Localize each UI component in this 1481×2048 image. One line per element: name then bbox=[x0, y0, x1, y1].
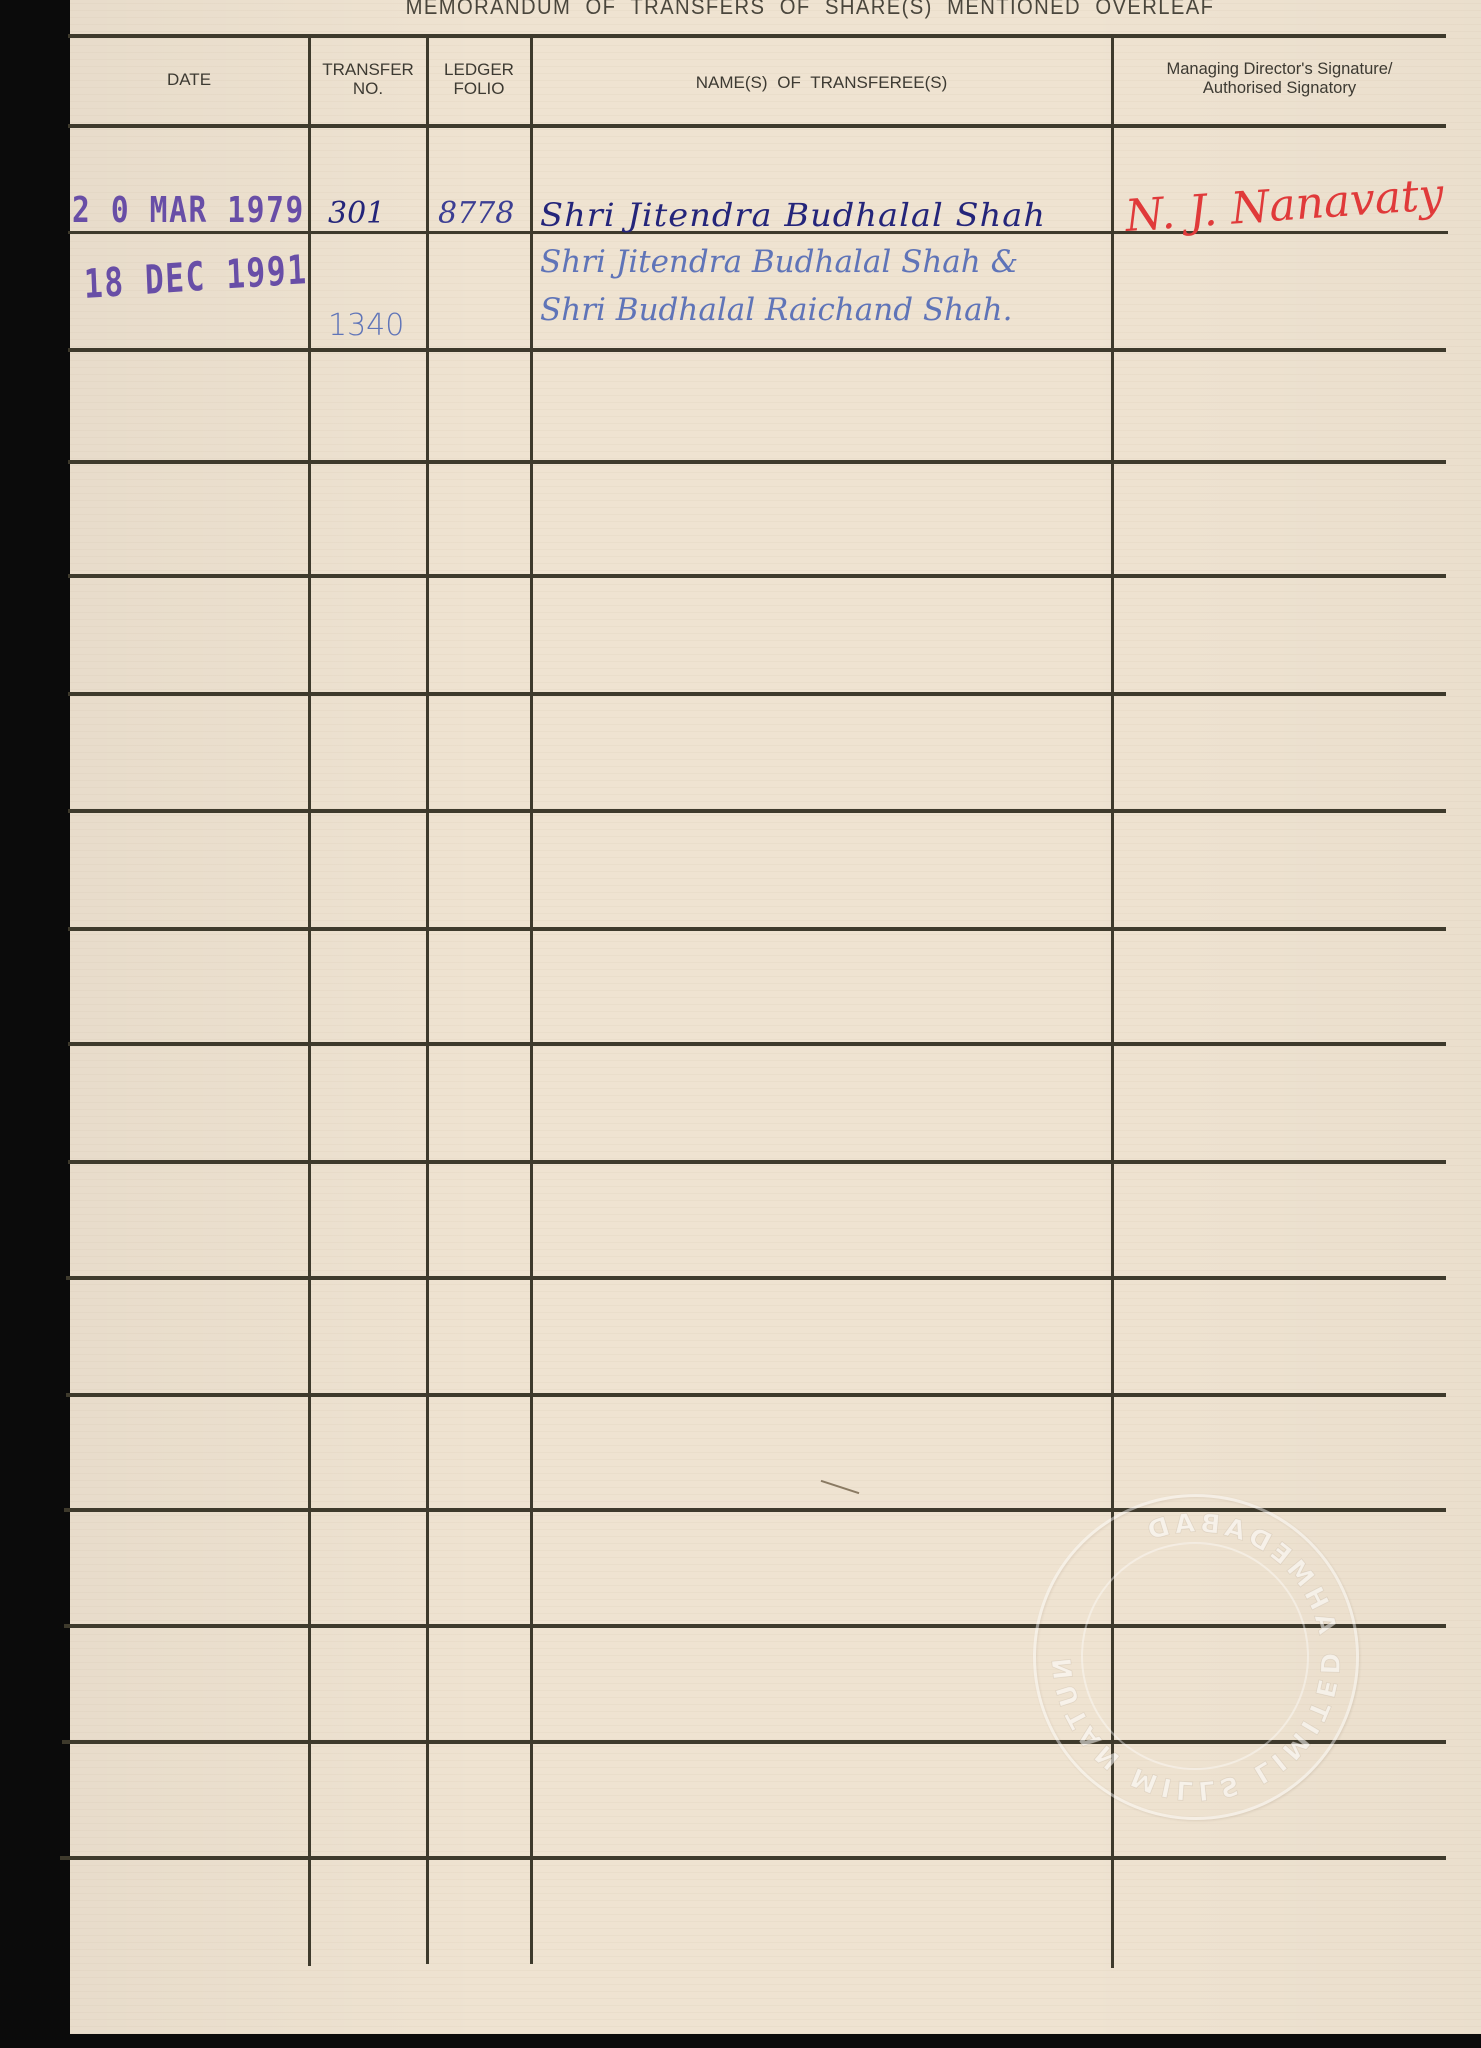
row-rule bbox=[68, 1160, 1446, 1164]
transfer-no-301: 301 bbox=[328, 196, 385, 231]
row-rule bbox=[68, 927, 1446, 931]
row-rule bbox=[68, 460, 1446, 464]
column-header-signature: Managing Director's Signature/ Authorise… bbox=[1113, 60, 1446, 98]
column-divider-folio bbox=[530, 36, 533, 1964]
row-rule bbox=[68, 692, 1446, 696]
transfer-no-1340: 1340 bbox=[328, 308, 404, 343]
ledger-folio-8778: 8778 bbox=[438, 196, 514, 231]
transferee-name-2a: Shri Jitendra Budhalal Shah & bbox=[540, 244, 1018, 280]
row-rule bbox=[66, 1393, 1446, 1397]
transferee-name-2b: Shri Budhalal Raichand Shah. bbox=[540, 292, 1012, 328]
column-header-transferee: NAME(S) OF TRANSFEREE(S) bbox=[532, 73, 1111, 92]
share-certificate-back: MEMORANDUM OF TRANSFERS OF SHARE(S) MENT… bbox=[70, 0, 1481, 2034]
date-stamp-1991: 18 DEC 1991 bbox=[83, 247, 308, 308]
stray-pen-mark bbox=[821, 1480, 860, 1494]
table-top-rule bbox=[68, 34, 1446, 38]
seal-text-ring: NUTAN MILLS LIMITED AHMEDABAD bbox=[1036, 1497, 1356, 1817]
svg-text:NUTAN MILLS LIMITED AHMEDABAD: NUTAN MILLS LIMITED AHMEDABAD bbox=[1047, 1509, 1344, 1806]
column-header-ledger-folio: LEDGER FOLIO bbox=[428, 60, 530, 98]
header-bottom-rule bbox=[68, 124, 1446, 128]
row-rule bbox=[60, 1856, 1446, 1860]
row-rule bbox=[68, 348, 1446, 352]
row-rule bbox=[68, 1042, 1446, 1046]
embossed-company-seal: NUTAN MILLS LIMITED AHMEDABAD bbox=[1033, 1494, 1359, 1820]
memorandum-title: MEMORANDUM OF TRANSFERS OF SHARE(S) MENT… bbox=[350, 0, 1270, 20]
column-header-date: DATE bbox=[70, 70, 308, 89]
row-rule bbox=[66, 1276, 1446, 1280]
column-header-transfer-no: TRANSFER NO. bbox=[310, 60, 426, 98]
date-stamp-1979: 2 0 MAR 1979 bbox=[72, 190, 305, 231]
row-rule bbox=[68, 574, 1446, 578]
row-rule bbox=[68, 809, 1446, 813]
column-divider-transfer bbox=[426, 36, 429, 1964]
transferee-name-1: Shri Jitendra Budhalal Shah bbox=[540, 196, 1046, 234]
column-divider-date bbox=[308, 36, 311, 1966]
